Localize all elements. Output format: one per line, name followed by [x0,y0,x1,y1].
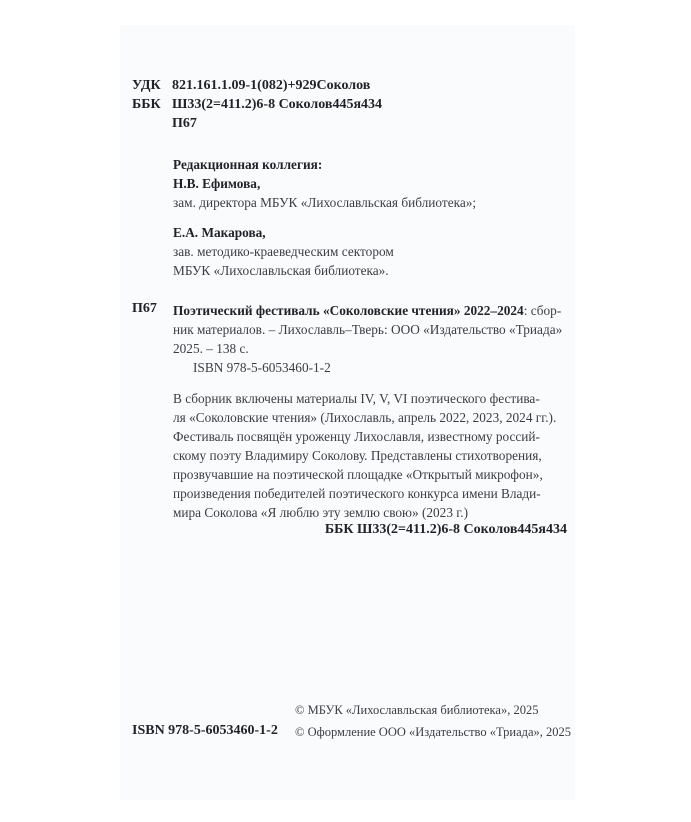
bbk-label: ББК [132,95,161,114]
bbk-footer: ББК Ш33(2=411.2)6-8 Соколов445я434 [325,522,567,538]
bib-code: П67 [132,301,157,317]
editor-name: Н.В. Ефимова, [173,174,260,193]
editorial-heading: Редакционная коллегия: [173,155,322,174]
editor-name: Е.А. Макарова, [173,223,266,242]
bbk-value: Ш33(2=411.2)6-8 Соколов445я434 [172,95,382,114]
udk-value: 821.161.1.09-1(082)+929Соколов [172,76,370,95]
bib-title: Поэтический фестиваль «Соколовские чтени… [173,303,524,318]
bib-isbn: ISBN 978-5-6053460-1-2 [193,358,331,377]
editor-role: зав. методико-краеведческим сектором [173,242,394,261]
annotation-line: мира Соколова «Я люблю эту землю свою» (… [173,503,468,522]
author-mark: П67 [172,114,197,133]
annotation-line: В сборник включены материалы IV, V, VI п… [173,389,540,408]
editor-role: зам. директора МБУК «Лихославльская библ… [173,193,476,212]
book-imprint-page: УДК 821.161.1.09-1(082)+929Соколов ББК Ш… [120,25,575,800]
udk-label: УДК [132,76,161,95]
copyright-line: © Оформление ООО «Издательство «Триада»,… [295,725,571,740]
bib-title-line: Поэтический фестиваль «Соколовские чтени… [173,301,561,320]
annotation-line: ля «Соколовские чтения» (Лихославль, апр… [173,408,556,427]
isbn-footer: ISBN 978-5-6053460-1-2 [132,723,278,739]
editor-role: МБУК «Лихославльская библиотека». [173,261,389,280]
bib-line: 2025. – 138 с. [173,339,249,358]
annotation-line: прозвучавшие на поэтической площадке «От… [173,465,543,484]
bib-line: ник материалов. – Лихославль–Тверь: ООО … [173,320,562,339]
copyright-line: © МБУК «Лихославльская библиотека», 2025 [295,703,538,718]
annotation-line: произведения победителей поэтического ко… [173,484,541,503]
annotation-line: скому поэту Владимиру Соколову. Представ… [173,446,542,465]
bib-title-rest: : сбор- [524,303,562,318]
annotation-line: Фестиваль посвящён уроженцу Лихославля, … [173,427,540,446]
